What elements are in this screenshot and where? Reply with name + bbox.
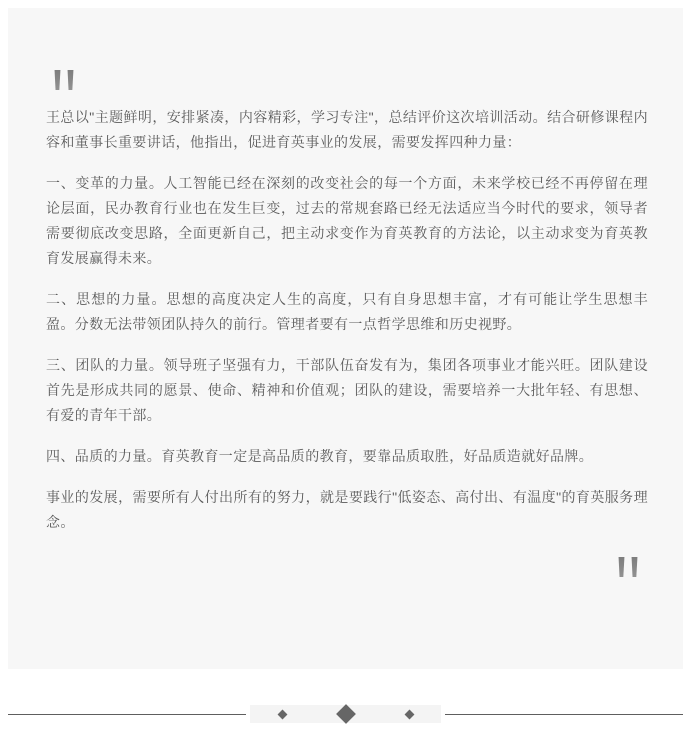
article-paragraph-point-3: 三、团队的力量。领导班子坚强有力，干部队伍奋发有为，集团各项事业才能兴旺。团队建… [46, 353, 648, 428]
quote-bar [631, 557, 638, 577]
article-paragraph-closing: 事业的发展，需要所有人付出所有的努力，就是要践行"低姿态、高付出、有温度"的育英… [46, 485, 648, 535]
article-paragraph-point-4: 四、品质的力量。育英教育一定是高品质的教育，要靠品质取胜，好品质造就好品牌。 [46, 444, 648, 469]
article-body: 王总以"主题鲜明，安排紧凑，内容精彩，学习专注"，总结评价这次培训活动。结合研修… [46, 105, 648, 535]
diamond-icon-small-right [404, 709, 414, 719]
article-paragraph-intro: 王总以"主题鲜明，安排紧凑，内容精彩，学习专注"，总结评价这次培训活动。结合研修… [46, 105, 648, 155]
close-quote-icon [618, 557, 638, 577]
divider-line-right [445, 714, 683, 715]
quote-bar [54, 70, 61, 90]
quote-bar [67, 70, 74, 90]
article-paragraph-point-1: 一、变革的力量。人工智能已经在深刻的改变社会的每一个方面，未来学校已经不再停留在… [46, 171, 648, 271]
article-paragraph-point-2: 二、思想的力量。思想的高度决定人生的高度，只有自身思想丰富，才有可能让学生思想丰… [46, 287, 648, 337]
diamond-icon-small-left [277, 709, 287, 719]
open-quote-icon [54, 70, 648, 90]
diamond-ornament [250, 705, 441, 723]
quote-bar [618, 557, 625, 577]
footer-divider [8, 705, 683, 723]
quote-card: 王总以"主题鲜明，安排紧凑，内容精彩，学习专注"，总结评价这次培训活动。结合研修… [8, 8, 683, 669]
diamond-icon-large [336, 704, 356, 724]
divider-line-left [8, 714, 246, 715]
